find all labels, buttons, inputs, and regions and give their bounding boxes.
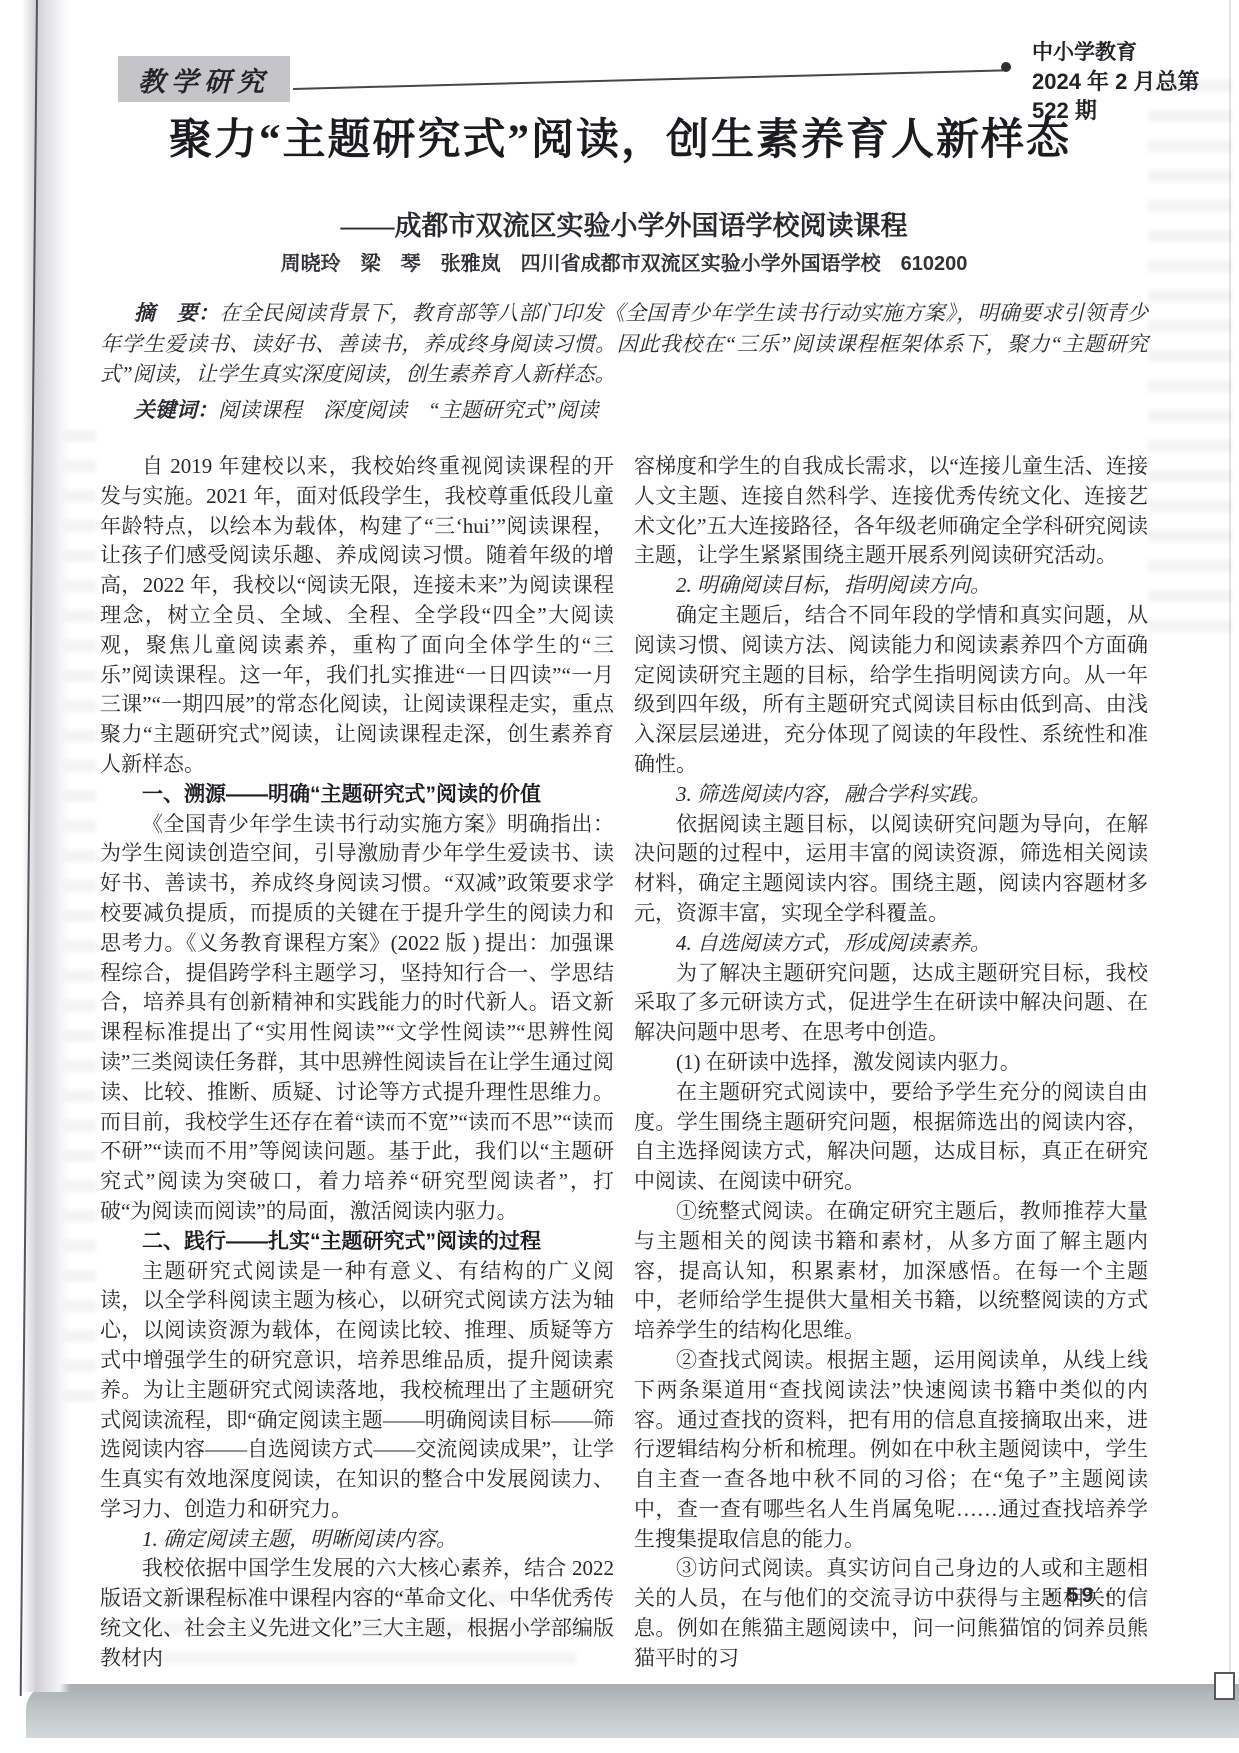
numbered-subheading: 4. 自选阅读方式，形成阅读素养。 [634,929,1148,959]
journal-name: 中小学教育 [1032,38,1239,67]
article-title: 聚力“主题研究式”阅读，创生素养育人新样态 [90,106,1150,167]
abstract: 摘 要：在全民阅读背景下，教育部等八部门印发《全国青少年学生读书行动实施方案》，… [100,298,1148,390]
column-badge-label: 教学研究 [138,60,270,99]
numbered-subheading: 3. 筛选阅读内容，融合学科实践。 [634,780,1148,810]
page-number: · 59 · [1048,1584,1115,1608]
numbered-subheading: 2. 明确阅读目标，指明阅读方向。 [634,571,1148,601]
paragraph: ②查找式阅读。根据主题，运用阅读单，从线上线下两条渠道用“查找阅读法”快速阅读书… [634,1346,1148,1555]
right-column: 容梯度和学生的自我成长需求，以“连接儿童生活、连接人文主题、连接自然科学、连接优… [634,452,1148,1674]
page-corner-mark [1214,1672,1235,1700]
column-badge: 教学研究 [118,56,290,102]
ink-bleed-through [1148,80,1232,640]
left-column: 自 2019 年建校以来，我校始终重视阅读课程的开发与实施。2021 年，面对低… [100,452,614,1674]
paragraph: ③访问式阅读。真实访问自己身边的人或和主题相关的人员，在与他们的交流寻访中获得与… [634,1554,1148,1673]
paragraph: 依据阅读主题目标，以阅读研究问题为导向，在解决问题的过程中，运用丰富的阅读资源，… [634,810,1148,929]
header-rule-line [293,69,1005,90]
paragraph: 主题研究式阅读是一种有意义、有结构的广义阅读，以全学科阅读主题为核心，以研究式阅… [100,1257,614,1525]
article-authors: 周晓玲 梁 琴 张雅岚 四川省成都市双流区实验小学外国语学校 610200 [100,247,1148,276]
paragraph: 《全国青少年学生读书行动实施方案》明确指出：为学生阅读创造空间，引导激励青少年学… [100,810,614,1227]
paragraph: 自 2019 年建校以来，我校始终重视阅读课程的开发与实施。2021 年，面对低… [100,452,614,780]
paragraph: 为了解决主题研究问题，达成主题研究目标，我校采取了多元研读方式，促进学生在研读中… [634,959,1148,1048]
abstract-label: 摘 要： [134,301,219,325]
scanner-shadow-strip [26,1684,1239,1738]
article-subtitle: ——成都市双流区实验小学外国语学校阅读课程 [100,204,1148,243]
abstract-text: 在全民阅读背景下，教育部等八部门印发《全国青少年学生读书行动实施方案》，明确要求… [100,301,1148,386]
numbered-subheading: 1. 确定阅读主题，明晰阅读内容。 [100,1525,614,1555]
body-columns: 自 2019 年建校以来，我校始终重视阅读课程的开发与实施。2021 年，面对低… [100,452,1148,1674]
paragraph-continuation: 容梯度和学生的自我成长需求，以“连接儿童生活、连接人文主题、连接自然科学、连接优… [634,452,1148,571]
paragraph: 在主题研究式阅读中，要给予学生充分的阅读自由度。学生围绕主题研究问题，根据筛选出… [634,1078,1148,1197]
keywords-text: 阅读课程 深度阅读 “主题研究式”阅读 [218,398,598,422]
keywords: 关键词：阅读课程 深度阅读 “主题研究式”阅读 [100,394,1148,424]
paragraph: 我校依据中国学生发展的六大核心素养，结合 2022 版语文新课程标准中课程内容的… [100,1554,614,1673]
section-heading: 二、践行——扎实“主题研究式”阅读的过程 [100,1227,614,1257]
keywords-label: 关键词： [134,398,218,422]
paragraph: (1) 在研读中选择，激发阅读内驱力。 [634,1048,1148,1078]
paragraph: ①统整式阅读。在确定研究主题后，教师推荐大量与主题相关的阅读书籍和素材，从多方面… [634,1197,1148,1346]
section-heading: 一、溯源——明确“主题研究式”阅读的价值 [100,780,614,810]
header-rule-dot [1001,62,1011,72]
paragraph: 确定主题后，结合不同年段的学情和真实问题，从阅读习惯、阅读方法、阅读能力和阅读素… [634,601,1148,780]
